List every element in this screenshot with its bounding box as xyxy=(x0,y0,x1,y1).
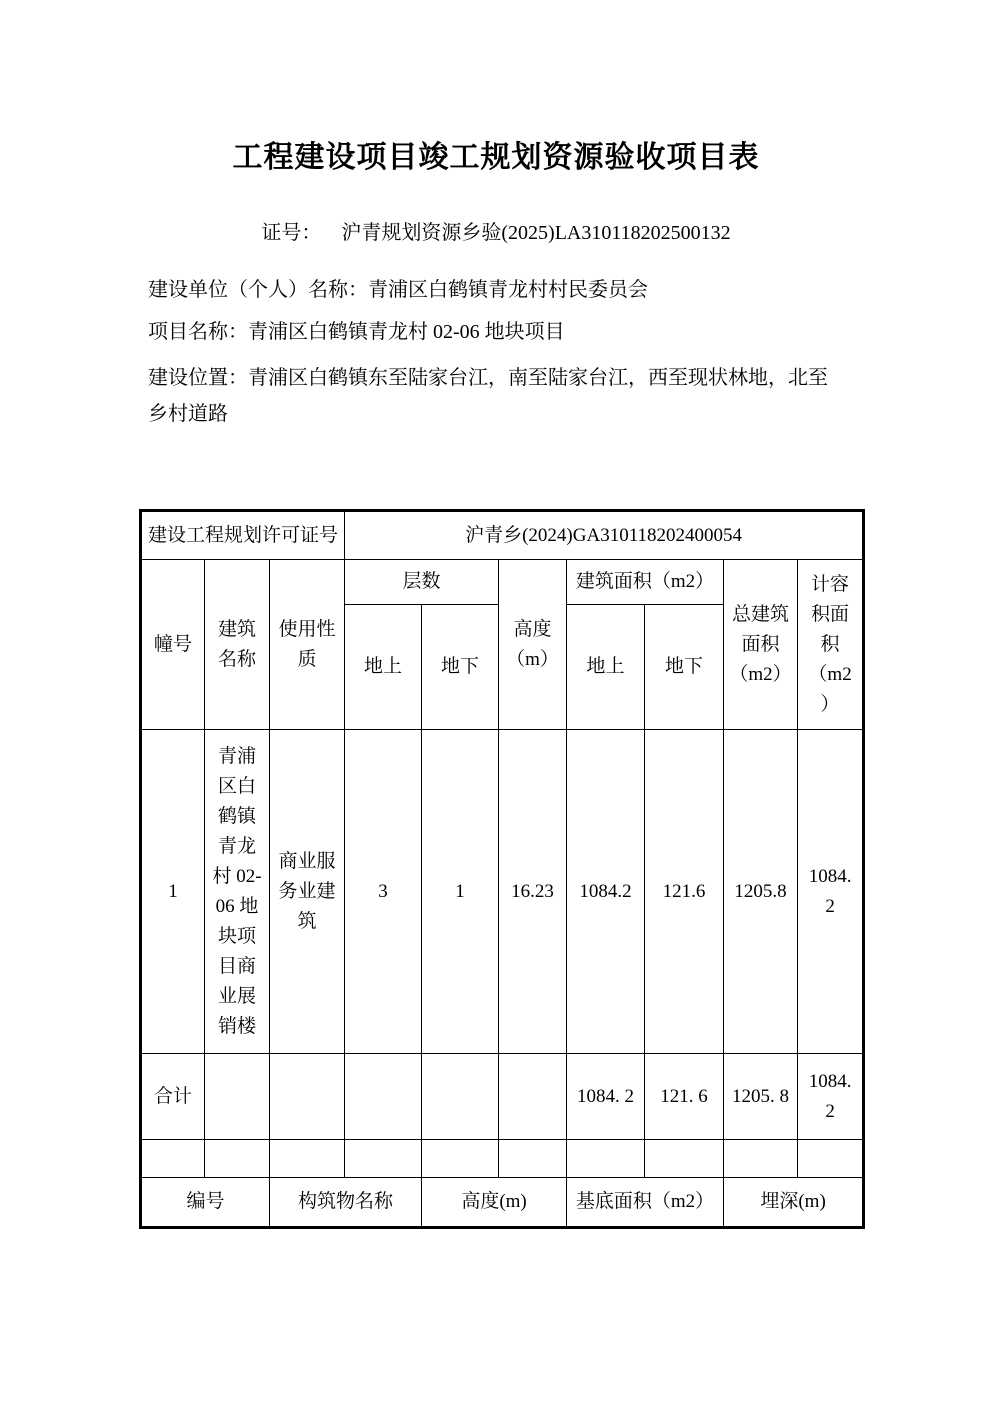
header-area-below: 地下 xyxy=(645,605,724,730)
builder-name-line: 建设单位（个人）名称：青浦区白鹤镇青龙村村民委员会 xyxy=(148,275,852,305)
total-row: 合计 1084. 2 121. 6 1205. 8 1084. 2 xyxy=(141,1054,864,1140)
certificate-line: 证号：沪青规划资源乡验(2025)LA310118202500132 xyxy=(0,218,992,248)
cell-total-area: 1205.8 xyxy=(724,730,798,1054)
header-floors-group: 层数 xyxy=(345,560,499,605)
header-capacity-area: 计容 积面 积 （m2 ） xyxy=(798,560,864,730)
empty-cell xyxy=(724,1140,798,1178)
empty-cell xyxy=(499,1140,567,1178)
header-floors-below: 地下 xyxy=(422,605,499,730)
footer-structure-name-cell: 构筑物名称 xyxy=(270,1178,422,1228)
empty-cell xyxy=(422,1140,499,1178)
header-total-area: 总建筑 面积 （m2） xyxy=(724,560,798,730)
structure-header-row: 编号 构筑物名称 高度(m) 基底面积（m2） 埋深(m) xyxy=(141,1178,864,1228)
location-line: 建设位置：青浦区白鹤镇东至陆家台江，南至陆家台江，西至现状林地，北至 乡村道路 xyxy=(148,360,852,432)
total-label-cell: 合计 xyxy=(141,1054,205,1140)
building-data-row: 1 青浦 区白 鹤镇 青龙 村 02- 06 地 块项 目商 业展 销楼 商业服… xyxy=(141,730,864,1054)
page-title: 工程建设项目竣工规划资源验收项目表 xyxy=(0,0,992,178)
footer-depth-cell: 埋深(m) xyxy=(724,1178,864,1228)
total-empty-cell xyxy=(205,1054,270,1140)
empty-cell xyxy=(141,1140,205,1178)
empty-cell xyxy=(270,1140,345,1178)
cell-area-above: 1084.2 xyxy=(567,730,645,1054)
certificate-label: 证号： xyxy=(261,222,321,244)
total-empty-cell xyxy=(499,1054,567,1140)
cell-area-below: 121.6 xyxy=(645,730,724,1054)
footer-id-cell: 编号 xyxy=(141,1178,270,1228)
cell-floors-above: 3 xyxy=(345,730,422,1054)
total-area-below-cell: 121. 6 xyxy=(645,1054,724,1140)
header-building-no: 幢号 xyxy=(141,560,205,730)
empty-cell xyxy=(205,1140,270,1178)
empty-cell xyxy=(645,1140,724,1178)
total-total-area-cell: 1205. 8 xyxy=(724,1054,798,1140)
header-row-groups: 幢号 建筑 名称 使用性 质 层数 高度 （m） 建筑面积（m2） 总建筑 面积… xyxy=(141,560,864,605)
empty-row xyxy=(141,1140,864,1178)
certificate-number: 沪青规划资源乡验(2025)LA310118202500132 xyxy=(341,222,730,244)
permit-row: 建设工程规划许可证号 沪青乡(2024)GA310118202400054 xyxy=(141,511,864,560)
footer-base-area-cell: 基底面积（m2） xyxy=(567,1178,724,1228)
footer-height-cell: 高度(m) xyxy=(422,1178,567,1228)
total-capacity-area-cell: 1084. 2 xyxy=(798,1054,864,1140)
header-building-name: 建筑 名称 xyxy=(205,560,270,730)
cell-building-no: 1 xyxy=(141,730,205,1054)
total-area-above-cell: 1084. 2 xyxy=(567,1054,645,1140)
cell-floors-below: 1 xyxy=(422,730,499,1054)
cell-capacity-area: 1084. 2 xyxy=(798,730,864,1054)
header-floors-above: 地上 xyxy=(345,605,422,730)
total-empty-cell xyxy=(422,1054,499,1140)
permit-label-cell: 建设工程规划许可证号 xyxy=(141,511,345,560)
project-name-line: 项目名称：青浦区白鹤镇青龙村 02-06 地块项目 xyxy=(148,317,852,347)
header-area-group: 建筑面积（m2） xyxy=(567,560,724,605)
empty-cell xyxy=(798,1140,864,1178)
cell-building-name: 青浦 区白 鹤镇 青龙 村 02- 06 地 块项 目商 业展 销楼 xyxy=(205,730,270,1054)
header-usage: 使用性 质 xyxy=(270,560,345,730)
document-page: 工程建设项目竣工规划资源验收项目表 证号：沪青规划资源乡验(2025)LA310… xyxy=(0,0,992,1403)
cell-usage: 商业服 务业建 筑 xyxy=(270,730,345,1054)
acceptance-table: 建设工程规划许可证号 沪青乡(2024)GA310118202400054 幢号… xyxy=(139,509,865,1229)
empty-cell xyxy=(567,1140,645,1178)
empty-cell xyxy=(345,1140,422,1178)
header-height: 高度 （m） xyxy=(499,560,567,730)
total-empty-cell xyxy=(345,1054,422,1140)
cell-height: 16.23 xyxy=(499,730,567,1054)
permit-number-cell: 沪青乡(2024)GA310118202400054 xyxy=(345,511,864,560)
total-empty-cell xyxy=(270,1054,345,1140)
header-area-above: 地上 xyxy=(567,605,645,730)
